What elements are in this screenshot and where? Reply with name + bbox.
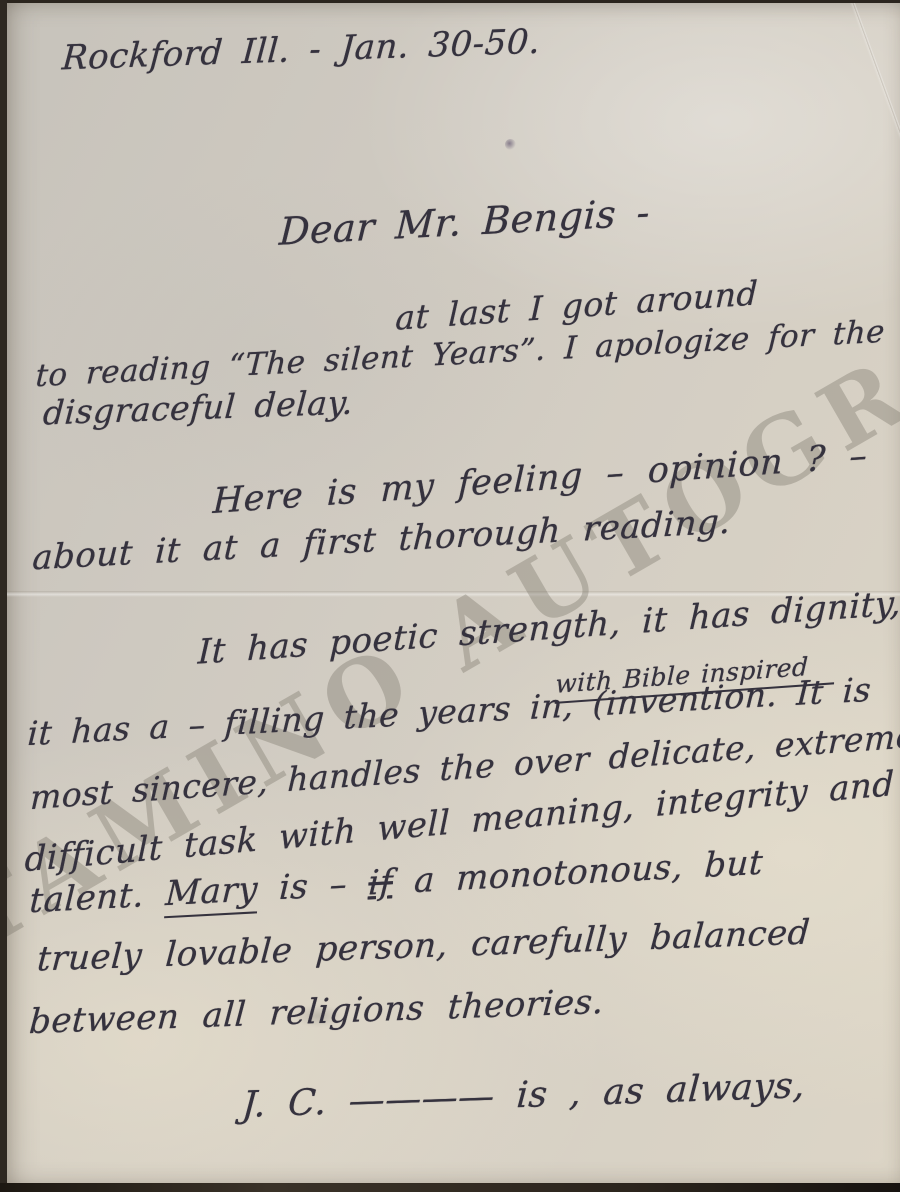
paper-left-edge [0, 0, 7, 1192]
salutation: Dear Mr. Bengis - [278, 191, 651, 254]
line-segment: is – [257, 863, 370, 909]
ink-speck [505, 139, 516, 150]
letter-line: truely lovable person, carefully balance… [36, 913, 812, 979]
paper-bottom-edge [0, 1183, 900, 1192]
letter-line: disgraceful delay. [42, 384, 355, 433]
letter-line: about it at a first thorough reading. [31, 503, 731, 579]
letter-line: J. C. ———— is , as always, [241, 1065, 807, 1126]
line-segment: a monotonous, but [392, 843, 764, 903]
letter-photo: TAMINO AUTOGRAPHS Rockford Ill. - Jan. 3… [0, 0, 900, 1192]
diagonal-corner-crease [850, 3, 900, 152]
dateline: Rockford Ill. - Jan. 30-50. [61, 23, 542, 79]
letter-line: between all religions theories. [28, 983, 605, 1042]
underlined-word: Mary [164, 869, 259, 918]
letter-paper: TAMINO AUTOGRAPHS Rockford Ill. - Jan. 3… [7, 3, 900, 1183]
struck-word: if [367, 862, 394, 903]
line-segment: talent. [28, 874, 166, 921]
letter-line: Here is my feeling – opinion ? – [212, 436, 868, 522]
